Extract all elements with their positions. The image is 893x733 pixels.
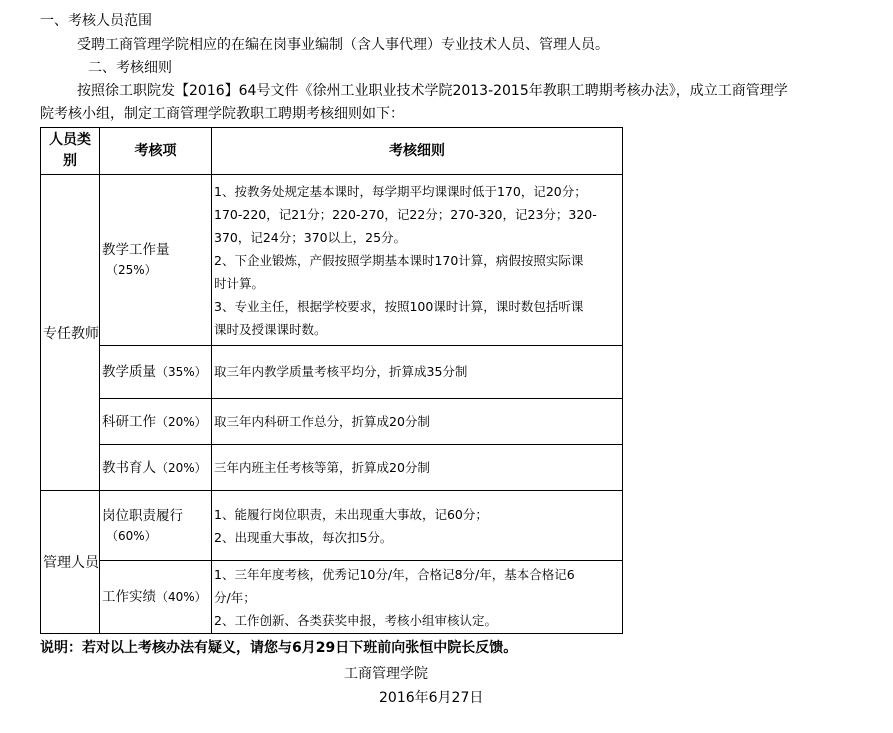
item-cell: 教书育人（20%） — [100, 445, 212, 491]
section1-title: 一、考核人员范围 — [40, 11, 152, 31]
detail-line: 分/年； — [214, 586, 620, 609]
detail-line: 取三年内科研工作总分，折算成20分制 — [214, 412, 620, 432]
feedback-note: 说明：若对以上考核办法有疑义，请您与6月29日下班前向张恒中院长反馈。 — [40, 638, 517, 658]
detail-line: 2、出现重大事故，每次扣5分。 — [214, 526, 620, 549]
detail-cell: 取三年内科研工作总分，折算成20分制 — [212, 399, 623, 445]
detail-line: 370，记24分；370以上，25分。 — [214, 226, 620, 249]
item-name: 岗位职责履行 — [102, 508, 183, 524]
table-row: 教学质量（35%） 取三年内教学质量考核平均分，折算成35分制 — [41, 346, 623, 399]
detail-line: 三年内班主任考核等第，折算成20分制 — [214, 458, 620, 478]
item-cell: 教学工作量 （25%） — [100, 175, 212, 346]
section1-body: 受聘工商管理学院相应的在编在岗事业编制（含人事代理）专业技术人员、管理人员。 — [77, 35, 609, 55]
detail-line: 3、专业主任，根据学校要求，按照100课时计算，课时数包括听课 — [214, 295, 620, 318]
detail-cell: 1、能履行岗位职责，未出现重大事故，记60分； 2、出现重大事故，每次扣5分。 — [212, 491, 623, 561]
table-row: 管理人员 岗位职责履行 （60%） 1、能履行岗位职责，未出现重大事故，记60分… — [41, 491, 623, 561]
table-row: 教书育人（20%） 三年内班主任考核等第，折算成20分制 — [41, 445, 623, 491]
category-cell: 管理人员 — [41, 491, 100, 634]
item-percent: （25%） — [102, 260, 209, 280]
assessment-rules-table: 人员类别 考核项 考核细则 专任教师 教学工作量 （25%） 1、按教务处规定基… — [40, 127, 623, 634]
section2-body-line2: 院考核小组，制定工商管理学院教职工聘期考核细则如下： — [40, 104, 404, 124]
item-cell: 教学质量（35%） — [100, 346, 212, 399]
item-percent: （20%） — [156, 461, 207, 475]
table-row: 工作实绩（40%） 1、三年年度考核，优秀记10分/年，合格记8分/年，基本合格… — [41, 561, 623, 634]
item-percent: （20%） — [156, 415, 207, 429]
item-name: 教书育人 — [102, 460, 156, 476]
detail-cell: 三年内班主任考核等第，折算成20分制 — [212, 445, 623, 491]
table-header-row: 人员类别 考核项 考核细则 — [41, 128, 623, 175]
detail-line: 2、下企业锻炼，产假按照学期基本课时170计算，病假按照实际课 — [214, 249, 620, 272]
signature-date: 2016年6月27日 — [379, 688, 483, 708]
detail-line: 时计算。 — [214, 272, 620, 295]
category-cell: 专任教师 — [41, 175, 100, 491]
section2-body-line1: 按照徐工职院发【2016】64号文件《徐州工业职业技术学院2013-2015年教… — [77, 81, 788, 101]
item-name: 教学质量 — [102, 364, 156, 380]
item-cell: 科研工作（20%） — [100, 399, 212, 445]
item-percent: （35%） — [156, 365, 207, 379]
header-category: 人员类别 — [41, 128, 100, 175]
item-cell: 工作实绩（40%） — [100, 561, 212, 634]
item-cell: 岗位职责履行 （60%） — [100, 491, 212, 561]
detail-line: 1、按教务处规定基本课时，每学期平均课课时低于170，记20分； — [214, 180, 620, 203]
detail-line: 取三年内教学质量考核平均分，折算成35分制 — [214, 362, 620, 382]
table-row: 专任教师 教学工作量 （25%） 1、按教务处规定基本课时，每学期平均课课时低于… — [41, 175, 623, 346]
detail-line: 课时及授课课时数。 — [214, 318, 620, 341]
item-name: 工作实绩 — [102, 589, 156, 605]
table-row: 科研工作（20%） 取三年内科研工作总分，折算成20分制 — [41, 399, 623, 445]
section2-title: 二、考核细则 — [88, 58, 172, 78]
header-item: 考核项 — [100, 128, 212, 175]
signature-organization: 工商管理学院 — [344, 664, 428, 684]
detail-line: 1、能履行岗位职责，未出现重大事故，记60分； — [214, 503, 620, 526]
item-name: 教学工作量 — [102, 242, 170, 258]
detail-line: 1、三年年度考核，优秀记10分/年，合格记8分/年，基本合格记6 — [214, 563, 620, 586]
detail-cell: 取三年内教学质量考核平均分，折算成35分制 — [212, 346, 623, 399]
item-percent: （60%） — [102, 526, 209, 546]
detail-cell: 1、三年年度考核，优秀记10分/年，合格记8分/年，基本合格记6 分/年； 2、… — [212, 561, 623, 634]
item-name: 科研工作 — [102, 414, 156, 430]
header-detail: 考核细则 — [212, 128, 623, 175]
item-percent: （40%） — [156, 590, 207, 604]
detail-line: 2、工作创新、各类获奖申报，考核小组审核认定。 — [214, 609, 620, 632]
detail-cell: 1、按教务处规定基本课时，每学期平均课课时低于170，记20分； 170-220… — [212, 175, 623, 346]
detail-line: 170-220，记21分；220-270，记22分；270-320，记23分；3… — [214, 203, 620, 226]
